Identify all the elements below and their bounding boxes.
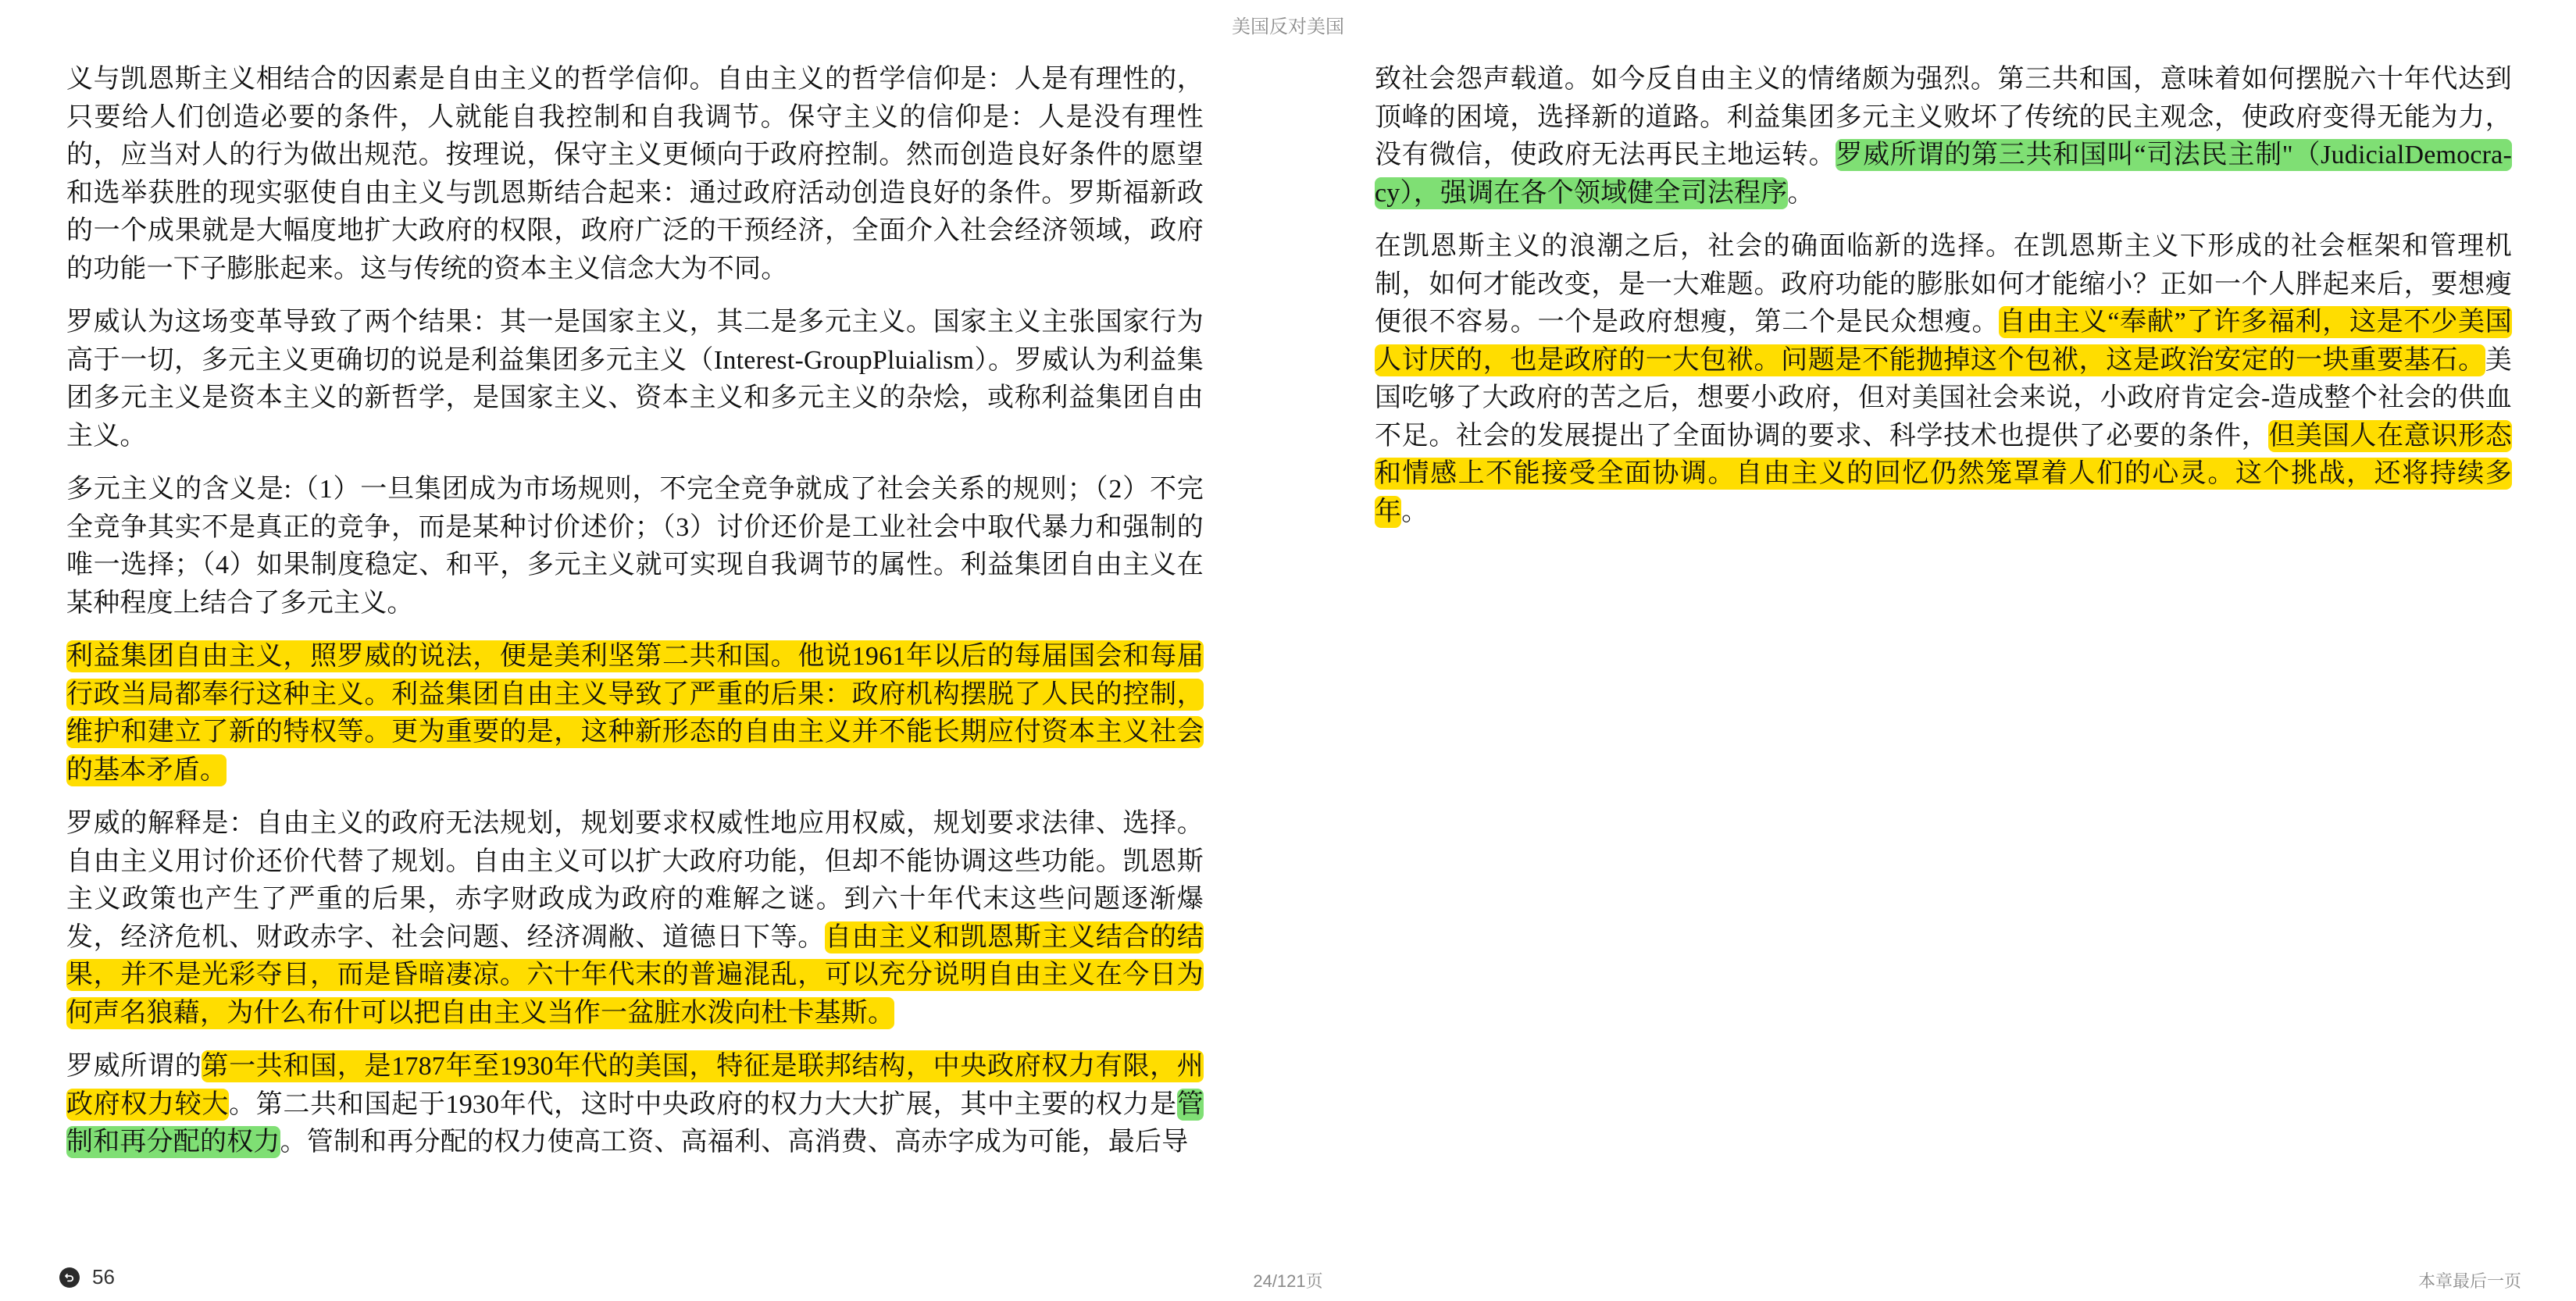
text-segment: 罗威认为这场变革导致了两个结果：其一是国家主义，其二是多元主义。国家主义主张国家… bbox=[66, 308, 1204, 451]
book-title: 美国反对美国 bbox=[0, 11, 2576, 38]
paragraph: 罗威认为这场变革导致了两个结果：其一是国家主义，其二是多元主义。国家主义主张国家… bbox=[66, 304, 1204, 455]
text-segment: 。管制和再分配的权力使高工资、高福利、高消费、高赤字成为可能，最后导 bbox=[280, 1128, 1189, 1157]
text-segment: 罗威所谓的 bbox=[66, 1052, 202, 1081]
paragraph: 致社会怨声载道。如今反自由主义的情绪颇为强烈。第三共和国，意味着如何摆脱六十年代… bbox=[1375, 61, 2512, 212]
text-segment: 义与凯恩斯主义相结合的因素是自由主义的哲学信仰。自由主义的哲学信仰是：人是有理性… bbox=[66, 65, 1204, 283]
text-segment: 多元主义的含义是:（1）一旦集团成为市场规则，不完全竞争就成了社会关系的规则；（… bbox=[66, 475, 1204, 618]
paragraph: 多元主义的含义是:（1）一旦集团成为市场规则，不完全竞争就成了社会关系的规则；（… bbox=[66, 471, 1204, 622]
paragraph: 在凯恩斯主义的浪潮之后，社会的确面临新的选择。在凯恩斯主义下形成的社会框架和管理… bbox=[1375, 228, 2512, 531]
text-segment: 。第二共和国起于1930年代，这时中央政府的权力大大扩展，其中主要的权力是 bbox=[229, 1090, 1177, 1119]
chapter-last-page-note: 本章最后一页 bbox=[2418, 1268, 2521, 1292]
paragraph: 罗威的解释是：自由主义的政府无法规划，规划要求权威性地应用权威，规划要求法律、选… bbox=[66, 805, 1204, 1032]
right-page: 致社会怨声载道。如今反自由主义的情绪颇为强烈。第三共和国，意味着如何摆脱六十年代… bbox=[1375, 61, 2512, 547]
text-segment: 。 bbox=[1788, 179, 1814, 208]
paragraph: 罗威所谓的第一共和国，是1787年至1930年代的美国，特征是联邦结构，中央政府… bbox=[66, 1048, 1204, 1162]
paragraph: 利益集团自由主义，照罗威的说法，便是美利坚第二共和国。他说1961年以后的每届国… bbox=[66, 638, 1204, 790]
page-indicator: 24/121页 bbox=[0, 1268, 2576, 1292]
footer: 56 24/121页 本章最后一页 bbox=[0, 1239, 2576, 1301]
text-segment: 。 bbox=[1401, 497, 1428, 526]
yellow-highlight[interactable]: 利益集团自由主义，照罗威的说法，便是美利坚第二共和国。他说1961年以后的每届国… bbox=[66, 640, 1204, 786]
left-page: 义与凯恩斯主义相结合的因素是自由主义的哲学信仰。自由主义的哲学信仰是：人是有理性… bbox=[66, 61, 1204, 1178]
paragraph: 义与凯恩斯主义相结合的因素是自由主义的哲学信仰。自由主义的哲学信仰是：人是有理性… bbox=[66, 61, 1204, 288]
